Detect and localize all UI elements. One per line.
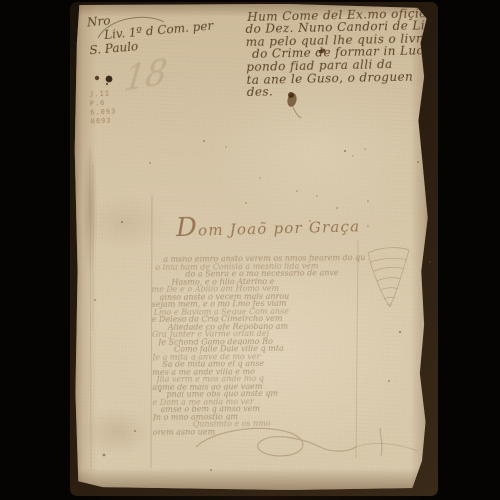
- shelf-mark-stamp: J.IIP.66.0930093: [89, 89, 117, 126]
- faded-text-line: orem asno uem: [153, 427, 367, 436]
- manuscript-photo: NroLiv. 1º d Com. perS. Paulo Hum Come d…: [0, 0, 500, 500]
- faded-text-line: Qunsimto e os nmo: [193, 419, 367, 428]
- annotation-top-right: Hum Come del Ex.mo ofiçiodo Dez. Nuno Ca…: [245, 7, 443, 99]
- manuscript-page: NroLiv. 1º d Com. perS. Paulo Hum Come d…: [74, 4, 432, 490]
- shelf-mark-line: 0093: [90, 116, 117, 126]
- annotation-top-left: NroLiv. 1º d Com. perS. Paulo: [86, 5, 214, 58]
- faded-body-text: a msno eimro ansto verem os nmos fiearem…: [151, 254, 367, 436]
- document-heading: Dom Joaõ por Graça: [176, 207, 417, 246]
- pencil-folio-number: 18: [122, 52, 169, 101]
- faded-text-line: do a Senra e o mo necessario de anve: [185, 269, 365, 278]
